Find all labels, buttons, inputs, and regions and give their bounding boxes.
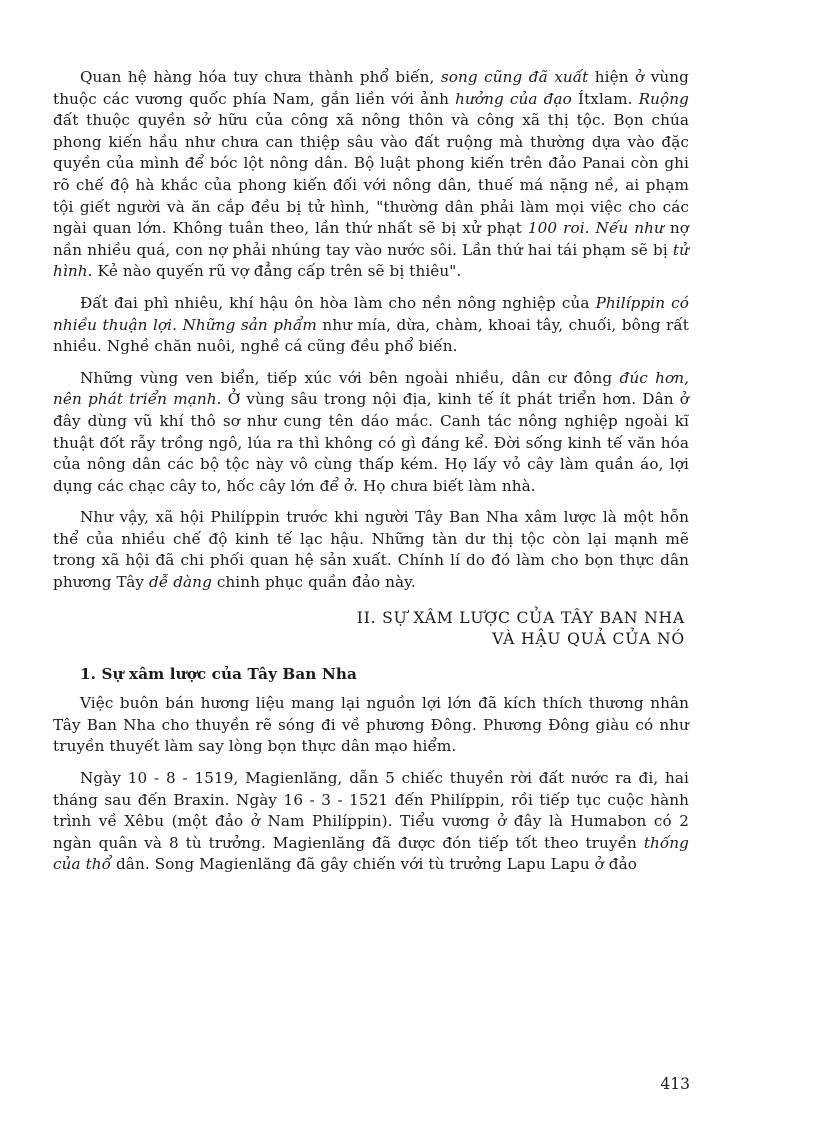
document-page: Quan hệ hàng hóa tuy chưa thành phổ biến… xyxy=(53,67,689,886)
paragraph-magellan: Ngày 10 - 8 - 1519, Magienlăng, dẫn 5 ch… xyxy=(53,768,689,876)
paragraph-coastal-regions: Những vùng ven biển, tiếp xúc với bên ng… xyxy=(53,368,689,498)
text-run: Đất đai phì nhiêu, khí hậu ôn hòa làm ch… xyxy=(80,294,596,312)
italic-run: song cũng đã xuất xyxy=(441,68,589,86)
italic-run: hưởng của đạo xyxy=(455,90,572,108)
paragraph-commodity-relations: Quan hệ hàng hóa tuy chưa thành phổ biến… xyxy=(53,67,689,283)
text-run: Ngày 10 - 8 - 1519, Magienlăng, dẫn 5 ch… xyxy=(53,769,689,852)
page-number: 413 xyxy=(640,1075,690,1093)
text-run: Quan hệ hàng hóa tuy chưa thành phổ biến… xyxy=(80,68,441,86)
text-run: dân. Song Magienlăng đã gây chiến với tù… xyxy=(111,855,637,873)
section-heading-line-2: VÀ HẬU QUẢ CỦA NÓ xyxy=(53,629,685,650)
paragraph-agriculture: Đất đai phì nhiêu, khí hậu ôn hòa làm ch… xyxy=(53,293,689,358)
paragraph-conclusion: Như vậy, xã hội Philíppin trước khi ngườ… xyxy=(53,507,689,593)
text-run: chinh phục quần đảo này. xyxy=(212,573,416,591)
italic-run: 100 roi. Nếu như xyxy=(528,219,664,237)
section-heading: II. SỰ XÂM LƯỢC CỦA TÂY BAN NHA VÀ HẬU Q… xyxy=(53,608,689,650)
text-run: Ítxlam. xyxy=(572,90,639,108)
italic-run: Ruộng xyxy=(639,90,689,108)
text-run: Việc buôn bán hương liệu mang lại nguồn … xyxy=(53,694,689,755)
text-run: . Kẻ nào quyến rũ vợ đẳng cấp trên sẽ bị… xyxy=(88,262,462,280)
section-heading-line-1: II. SỰ XÂM LƯỢC CỦA TÂY BAN NHA xyxy=(53,608,685,629)
italic-run: dễ dàng xyxy=(149,573,212,591)
text-run: Những vùng ven biển, tiếp xúc với bên ng… xyxy=(80,369,620,387)
paragraph-spice-trade: Việc buôn bán hương liệu mang lại nguồn … xyxy=(53,693,689,758)
subsection-heading: 1. Sự xâm lược của Tây Ban Nha xyxy=(53,664,689,686)
